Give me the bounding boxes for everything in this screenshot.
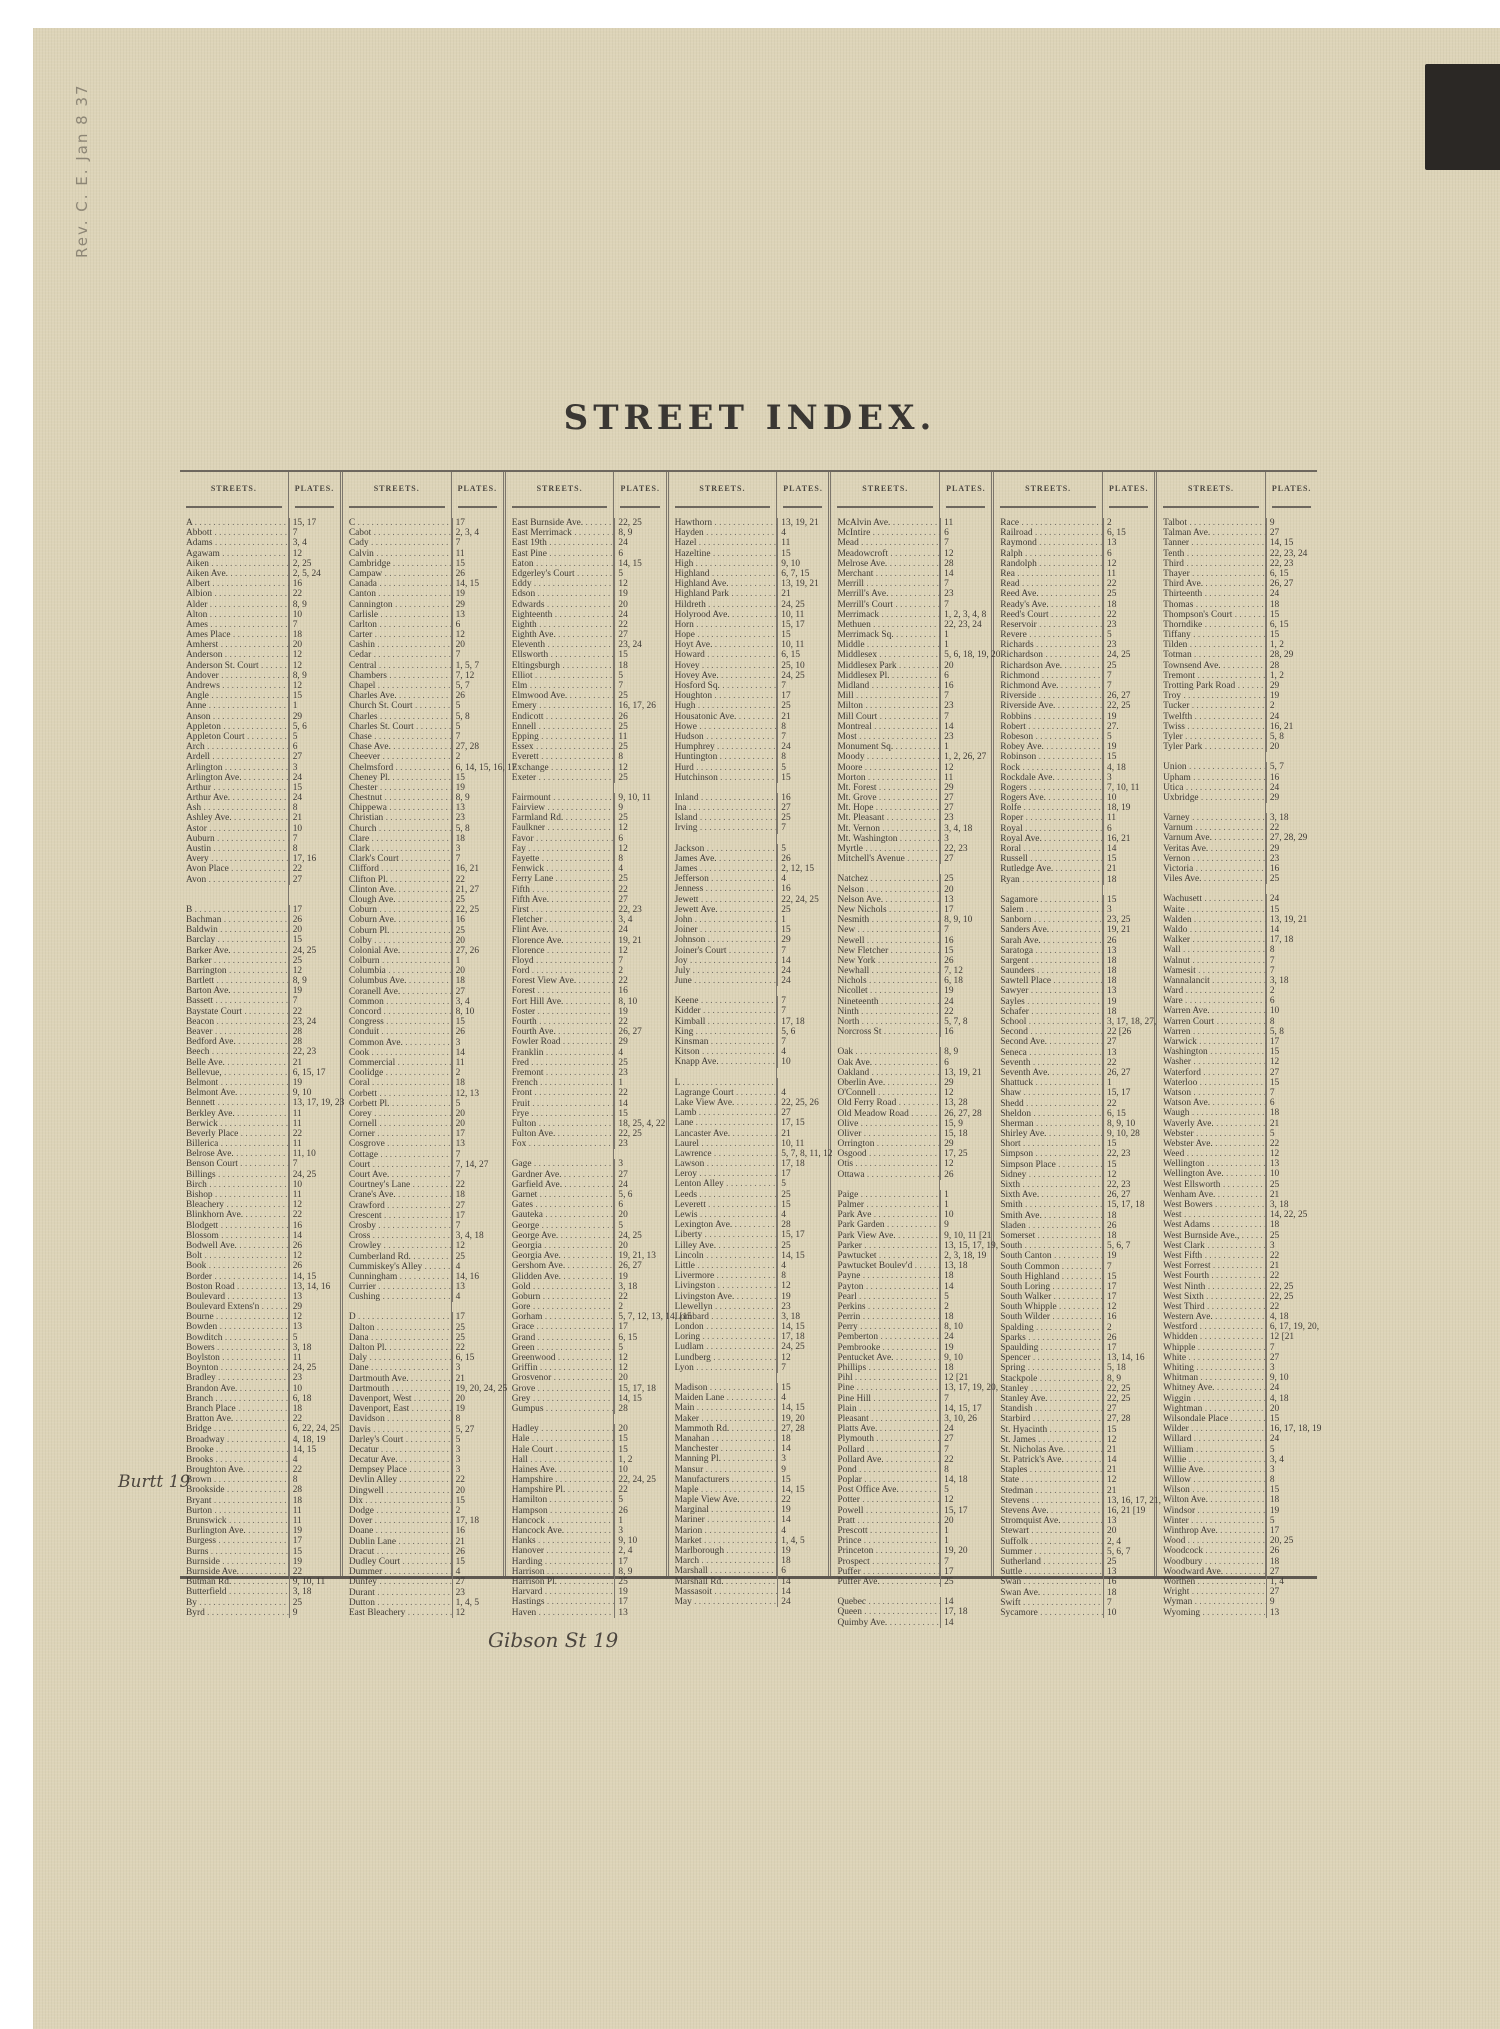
plate-numbers: 16, 17, 18, 19: [1266, 1424, 1317, 1434]
street-entry: St. James12: [994, 1435, 1154, 1445]
street-entry: Florence Ave.19, 21: [506, 936, 666, 946]
street-entry: Market1, 4, 5: [669, 1536, 829, 1546]
street-name: Payne: [831, 1271, 940, 1281]
street-name: Totman: [1157, 650, 1266, 660]
plate-numbers: 22: [614, 1017, 665, 1027]
plate-numbers: 25: [452, 926, 503, 936]
plate-numbers: 13: [452, 1139, 503, 1149]
street-name: Ralph: [994, 549, 1103, 559]
street-entry: Shedd22: [994, 1099, 1154, 1109]
plate-numbers: 22: [1266, 823, 1317, 833]
street-name: Beaver: [180, 1027, 289, 1037]
plate-numbers: 21: [452, 1537, 503, 1547]
plate-numbers: 22: [452, 875, 503, 885]
street-entry: Byrd9: [180, 1608, 340, 1618]
street-name: Myrtle: [831, 844, 940, 854]
street-entry: Church5, 8: [343, 824, 503, 834]
street-name: Clark: [343, 844, 452, 854]
street-name: Liberty: [669, 1230, 778, 1240]
plate-numbers: 8, 9: [289, 976, 340, 986]
street-entry: Fifth Ave.27: [506, 895, 666, 905]
street-entry: Ardell27: [180, 752, 340, 762]
street-entry: D17: [343, 1312, 503, 1322]
street-name: Fourth: [506, 1017, 615, 1027]
plate-numbers: 12: [1103, 559, 1154, 569]
street-name: Mt. Grove: [831, 793, 940, 803]
street-name: Saratoga: [994, 946, 1103, 956]
street-entry: Summer5, 6, 7: [994, 1547, 1154, 1557]
street-name: Hildreth: [669, 600, 778, 610]
street-entry: West Burnside Ave.,25: [1157, 1231, 1317, 1241]
plate-numbers: 6: [777, 1566, 828, 1576]
plate-numbers: 15, 17: [289, 518, 340, 528]
plate-numbers: 14: [777, 1587, 828, 1597]
street-name: Sanders Ave.: [994, 925, 1103, 935]
street-entry: Bartlett8, 9: [180, 976, 340, 986]
street-name: Canada: [343, 579, 452, 589]
street-name: Branch: [180, 1394, 289, 1404]
street-name: Cambridge: [343, 559, 452, 569]
street-entry: Thompson's Court15: [1157, 610, 1317, 620]
street-name: Stewart: [994, 1526, 1103, 1536]
street-entry: Chambers7, 12: [343, 671, 503, 681]
street-name: Sawtell Place: [994, 976, 1103, 986]
street-name: Hurd: [669, 763, 778, 773]
street-entry: Waterford27: [1157, 1068, 1317, 1078]
street-name: Barclay: [180, 935, 289, 945]
plate-numbers: 4: [777, 1210, 828, 1220]
streets-header: STREETS.: [186, 472, 282, 508]
plate-numbers: 11: [289, 1109, 340, 1119]
street-entry: Smith15, 17, 18: [994, 1200, 1154, 1210]
street-entry: Norcross St16: [831, 1027, 991, 1037]
plate-numbers: 9: [1266, 518, 1317, 528]
street-name: Florence: [506, 946, 615, 956]
street-entry: Clifford16, 21: [343, 864, 503, 874]
street-name: Florence Ave.: [506, 936, 615, 946]
plate-numbers: 6: [1103, 824, 1154, 834]
plate-numbers: 24: [777, 966, 828, 976]
street-entry: Crawford27: [343, 1201, 503, 1211]
street-name: Swift: [994, 1598, 1103, 1608]
plate-numbers: 23, 24: [614, 640, 665, 650]
street-name: Worthen: [1157, 1577, 1266, 1587]
plate-numbers: 6: [614, 549, 665, 559]
street-name: Union: [1157, 762, 1266, 772]
street-name: Holyrood Ave.: [669, 610, 778, 620]
street-entry: Manning Pl.3: [669, 1454, 829, 1464]
street-name: Coburn Pl.: [343, 926, 452, 936]
plate-numbers: 8: [1266, 945, 1317, 955]
street-entry: Housatonic Ave.21: [669, 712, 829, 722]
street-name: Avery: [180, 854, 289, 864]
street-entry: Old Ferry Road13, 28: [831, 1098, 991, 1108]
street-entry: Dutton1, 4, 5: [343, 1598, 503, 1608]
street-entry: Middlesex5, 6, 18, 19, 20: [831, 650, 991, 660]
plate-numbers: 19: [1266, 691, 1317, 701]
street-name: Dracut: [343, 1547, 452, 1557]
street-entry: Jenness16: [669, 884, 829, 894]
street-name: Lagrange Court: [669, 1088, 778, 1098]
street-entry: Seventh22: [994, 1058, 1154, 1068]
street-entry: Coolidge2: [343, 1068, 503, 1078]
street-name: Gershom Ave.: [506, 1261, 615, 1271]
street-entry: Highland Ave.13, 19, 21: [669, 579, 829, 589]
plate-numbers: 17: [1103, 1292, 1154, 1302]
plate-numbers: 7: [452, 538, 503, 548]
plate-numbers: 7: [777, 1363, 828, 1373]
plate-numbers: 13: [1103, 946, 1154, 956]
street-name: Tremont: [1157, 671, 1266, 681]
plate-numbers: 18: [940, 1312, 991, 1322]
plate-numbers: 17: [777, 1169, 828, 1179]
plate-numbers: 12 [21: [1266, 1332, 1317, 1342]
street-entry: Andover8, 9: [180, 671, 340, 681]
street-name: Dartmouth: [343, 1384, 452, 1394]
plate-numbers: 26, 27, 28: [940, 1109, 991, 1119]
plate-numbers: 17: [1103, 1343, 1154, 1353]
plate-numbers: 18: [1266, 600, 1317, 610]
street-entry: Billings24, 25: [180, 1170, 340, 1180]
street-name: Astor: [180, 824, 289, 834]
street-name: Essex: [506, 742, 615, 752]
street-name: Bowditch: [180, 1333, 289, 1343]
street-name: St. Hyacinth: [994, 1425, 1103, 1435]
street-entry: Fairview9: [506, 803, 666, 813]
street-entry: Lilley Ave.25: [669, 1241, 829, 1251]
plate-numbers: 24: [289, 793, 340, 803]
plate-numbers: 9, 10, 11 [21: [940, 1231, 991, 1241]
street-name: July: [669, 966, 778, 976]
street-name: Branch Place: [180, 1404, 289, 1414]
street-name: Alder: [180, 600, 289, 610]
street-entry: Wall8: [1157, 945, 1317, 955]
street-entry: Courtney's Lane22: [343, 1180, 503, 1190]
street-name: Varney: [1157, 813, 1266, 823]
street-name: Ninth: [831, 1007, 940, 1017]
street-entry: Wood20, 25: [1157, 1536, 1317, 1546]
street-entry: Coranell Ave.27: [343, 987, 503, 997]
street-entry: Dummer4: [343, 1567, 503, 1577]
street-name: Osgood: [831, 1149, 940, 1159]
street-entry: Robbins19: [994, 712, 1154, 722]
street-name: Doane: [343, 1526, 452, 1536]
plate-numbers: 27: [614, 1170, 665, 1180]
street-entry: Wright27: [1157, 1587, 1317, 1597]
street-name: West Fourth: [1157, 1271, 1266, 1281]
street-name: Central: [343, 661, 452, 671]
plate-numbers: 25: [614, 1058, 665, 1068]
street-name: Woodcock: [1157, 1546, 1266, 1556]
section-gap: [831, 1180, 991, 1190]
street-entry: Dix15: [343, 1496, 503, 1506]
street-name: Thirteenth: [1157, 589, 1266, 599]
street-name: Olive: [831, 1119, 940, 1129]
street-name: Sycamore: [994, 1608, 1103, 1618]
plate-numbers: 3: [1103, 773, 1154, 783]
plate-numbers: 22: [614, 620, 665, 630]
street-entry: McIntire6: [831, 528, 991, 538]
plate-numbers: 22: [1266, 1139, 1317, 1149]
street-entry: Carlisle13: [343, 610, 503, 620]
plate-numbers: 14, 15: [777, 1251, 828, 1261]
street-name: Belmont Ave.: [180, 1088, 289, 1098]
street-entry: Ware6: [1157, 996, 1317, 1006]
plate-numbers: 13, 19, 21: [777, 579, 828, 589]
street-entry: Burns15: [180, 1547, 340, 1557]
plate-numbers: 24: [614, 1180, 665, 1190]
plate-numbers: 13, 19, 21: [1266, 915, 1317, 925]
plate-numbers: 12: [289, 1251, 340, 1261]
plates-header: PLATES.: [1109, 472, 1148, 508]
street-name: Joiner's Court: [669, 946, 778, 956]
street-name: Lane: [669, 1118, 778, 1128]
street-entry: Talman Ave.27: [1157, 528, 1317, 538]
street-entry: Livermore8: [669, 1271, 829, 1281]
street-entry: Huntington8: [669, 752, 829, 762]
street-entry: Richards23: [994, 640, 1154, 650]
street-entry: Chippewa13: [343, 803, 503, 813]
street-name: South Wilder: [994, 1312, 1103, 1322]
street-name: Simpson Place: [994, 1160, 1103, 1170]
street-entry: Mt. Pleasant23: [831, 813, 991, 823]
street-name: Hayden: [669, 528, 778, 538]
street-name: Saunders: [994, 966, 1103, 976]
street-name: Knapp Ave.: [669, 1057, 778, 1067]
street-name: Keene: [669, 996, 778, 1006]
street-name: Bachman: [180, 915, 289, 925]
street-name: Barker Ave.: [180, 946, 289, 956]
street-name: Bratton Ave.: [180, 1414, 289, 1424]
plate-numbers: 12: [940, 549, 991, 559]
street-name: Shaw: [994, 1088, 1103, 1098]
plate-numbers: 25: [777, 701, 828, 711]
street-name: Prince: [831, 1536, 940, 1546]
plate-numbers: 20: [452, 966, 503, 976]
street-entry: First22, 23: [506, 905, 666, 915]
street-entry: Lawrence5, 7, 8, 11, 12: [669, 1149, 829, 1159]
plate-numbers: 21: [1103, 864, 1154, 874]
street-entry: May24: [669, 1597, 829, 1607]
street-entry: Whidden12 [21: [1157, 1332, 1317, 1342]
street-name: Park Garden: [831, 1220, 940, 1230]
street-name: Waldo: [1157, 925, 1266, 935]
plate-numbers: 21: [1103, 1486, 1154, 1496]
plate-numbers: 24: [1266, 589, 1317, 599]
plate-numbers: 9, 10: [940, 1353, 991, 1363]
street-name: Livermore: [669, 1271, 778, 1281]
street-name: Hosford Sq.: [669, 681, 778, 691]
street-name: Bodwell Ave.: [180, 1241, 289, 1251]
street-entry: Fowler Road29: [506, 1037, 666, 1047]
street-entry: Lagrange Court4: [669, 1088, 829, 1098]
street-name: Kinsman: [669, 1037, 778, 1047]
street-entry: Llewellyn23: [669, 1302, 829, 1312]
plate-numbers: 7: [940, 1394, 991, 1404]
plate-numbers: 6, 15: [777, 650, 828, 660]
street-name: New: [831, 925, 940, 935]
plate-numbers: 5: [1103, 732, 1154, 742]
street-entry: Davenport, East19: [343, 1404, 503, 1414]
street-entry: White27: [1157, 1353, 1317, 1363]
street-name: Manufacturers: [669, 1475, 778, 1485]
street-entry: Crosby7: [343, 1221, 503, 1231]
street-entry: Hancock1: [506, 1516, 666, 1526]
plate-numbers: 19: [614, 1007, 665, 1017]
street-entry: By25: [180, 1598, 340, 1608]
plate-numbers: 24, 25: [289, 1170, 340, 1180]
street-entry: Baystate Court22: [180, 1007, 340, 1017]
street-entry: Hall1, 2: [506, 1455, 666, 1465]
plate-numbers: 18: [940, 1363, 991, 1373]
plate-numbers: 14, 18: [940, 1475, 991, 1485]
plate-numbers: 26: [452, 1027, 503, 1037]
plate-numbers: 12, 13: [452, 1089, 503, 1099]
street-entry: Crane's Ave.18: [343, 1190, 503, 1200]
plate-numbers: 5, 7: [452, 681, 503, 691]
street-entry: Edwards20: [506, 600, 666, 610]
street-name: Jewett Ave.: [669, 905, 778, 915]
plate-numbers: 18: [452, 976, 503, 986]
plate-numbers: 4: [777, 528, 828, 538]
street-entry: Watson Ave.6: [1157, 1098, 1317, 1108]
street-entry: Barclay15: [180, 935, 340, 945]
plate-numbers: 20: [614, 1241, 665, 1251]
street-name: Belmont: [180, 1078, 289, 1088]
section-gap: [669, 783, 829, 793]
street-name: Columbia: [343, 966, 452, 976]
plate-numbers: 23: [940, 813, 991, 823]
street-name: Varnum: [1157, 823, 1266, 833]
street-entry: Brandon Ave.10: [180, 1384, 340, 1394]
street-name: Maple: [669, 1485, 778, 1495]
plate-numbers: 10: [1266, 1006, 1317, 1016]
street-name: Puffer: [831, 1567, 940, 1577]
street-name: Pine: [831, 1383, 940, 1393]
street-name: Conduit: [343, 1027, 452, 1037]
street-name: Smith: [994, 1200, 1103, 1210]
street-name: Avon Place: [180, 864, 289, 874]
plate-numbers: 27: [452, 1201, 503, 1211]
street-entry: Alton10: [180, 610, 340, 620]
plate-numbers: 26: [289, 1261, 340, 1271]
street-name: Brooke: [180, 1445, 289, 1455]
street-name: Thomas: [1157, 600, 1266, 610]
street-entry: Willie3, 4: [1157, 1455, 1317, 1465]
street-entry: June24: [669, 976, 829, 986]
street-entry: Hildreth24, 25: [669, 600, 829, 610]
street-name: Hoyt Ave.: [669, 640, 778, 650]
street-name: Rogers Ave.: [994, 793, 1103, 803]
street-name: Lewis: [669, 1210, 778, 1220]
street-entry: Merrill7: [831, 579, 991, 589]
street-name: Fayette: [506, 854, 615, 864]
street-name: Summer: [994, 1547, 1103, 1557]
street-name: Ennell: [506, 722, 615, 732]
street-name: Standish: [994, 1404, 1103, 1414]
street-name: Sawyer: [994, 986, 1103, 996]
street-entry: Albert16: [180, 579, 340, 589]
street-name: May: [669, 1597, 778, 1607]
streets-header: STREETS.: [512, 472, 608, 508]
street-name: Oliver: [831, 1129, 940, 1139]
street-name: Royal: [994, 824, 1103, 834]
plate-numbers: 15: [1103, 1139, 1154, 1149]
street-entry: Plymouth27: [831, 1434, 991, 1444]
street-entry: Ralph6: [994, 549, 1154, 559]
plate-numbers: 18: [1103, 1588, 1154, 1598]
street-entry: Keene7: [669, 996, 829, 1006]
street-name: Bedford Ave.: [180, 1037, 289, 1047]
street-entry: Cunningham14, 16: [343, 1272, 503, 1282]
street-entry: Mt. Washington3: [831, 834, 991, 844]
plate-numbers: 27, 28: [452, 742, 503, 752]
index-column: STREETS.PLATES.A15, 17Abbott7Adams3, 4Ag…: [180, 472, 343, 1576]
plate-numbers: 14: [777, 1577, 828, 1587]
street-entry: Walden13, 19, 21: [1157, 915, 1317, 925]
plate-numbers: 7: [940, 538, 991, 548]
plate-numbers: 3: [452, 1465, 503, 1475]
street-entry: Robinson15: [994, 752, 1154, 762]
street-entry: Newell16: [831, 936, 991, 946]
street-name: Sherman: [994, 1119, 1103, 1129]
street-entry: Fred25: [506, 1058, 666, 1068]
street-entry: Pentucket Ave.9, 10: [831, 1353, 991, 1363]
street-name: White: [1157, 1353, 1266, 1363]
street-name: Dover: [343, 1516, 452, 1526]
street-entry: East Pine6: [506, 549, 666, 559]
street-entry: Bodwell Ave.26: [180, 1241, 340, 1251]
street-entry: Elm7: [506, 681, 666, 691]
street-entry: Hale15: [506, 1434, 666, 1444]
plate-numbers: 23: [940, 589, 991, 599]
street-entry: Clare18: [343, 834, 503, 844]
street-entry: Fruit14: [506, 1099, 666, 1109]
plate-numbers: 4, 18: [1266, 1312, 1317, 1322]
street-name: Randolph: [994, 559, 1103, 569]
plate-numbers: 9, 10, 28: [1103, 1129, 1154, 1139]
plate-numbers: 9, 10: [777, 559, 828, 569]
street-entry: Nelson20: [831, 885, 991, 895]
street-entry: Ames7: [180, 620, 340, 630]
street-entry: Whitman9, 10: [1157, 1373, 1317, 1383]
street-entry: Twelfth24: [1157, 712, 1317, 722]
plate-numbers: 27: [614, 895, 665, 905]
plate-numbers: 2, 25: [289, 559, 340, 569]
street-name: Appleton Court: [180, 732, 289, 742]
street-entry: Merrill's Court7: [831, 600, 991, 610]
street-name: Cabot: [343, 528, 452, 538]
street-name: McIntire: [831, 528, 940, 538]
street-entry: South Whipple12: [994, 1302, 1154, 1312]
street-name: East Merrimack: [506, 528, 615, 538]
street-entry: Willie Ave.3: [1157, 1465, 1317, 1475]
street-entry: Eddy12: [506, 579, 666, 589]
street-name: Lamb: [669, 1108, 778, 1118]
street-name: Charles: [343, 712, 452, 722]
plate-numbers: 26: [452, 1547, 503, 1557]
street-entry: Riverside Ave.22, 25: [994, 701, 1154, 711]
plate-numbers: 11: [289, 1506, 340, 1516]
plate-numbers: 21, 27: [452, 885, 503, 895]
street-entry: Beverly Place22: [180, 1129, 340, 1139]
street-name: Inland: [669, 793, 778, 803]
street-name: Troy: [1157, 691, 1266, 701]
plate-numbers: 15: [777, 773, 828, 783]
street-entry: Hugh25: [669, 701, 829, 711]
street-entry: Wenham Ave.21: [1157, 1190, 1317, 1200]
street-entry: Hazeltine15: [669, 549, 829, 559]
